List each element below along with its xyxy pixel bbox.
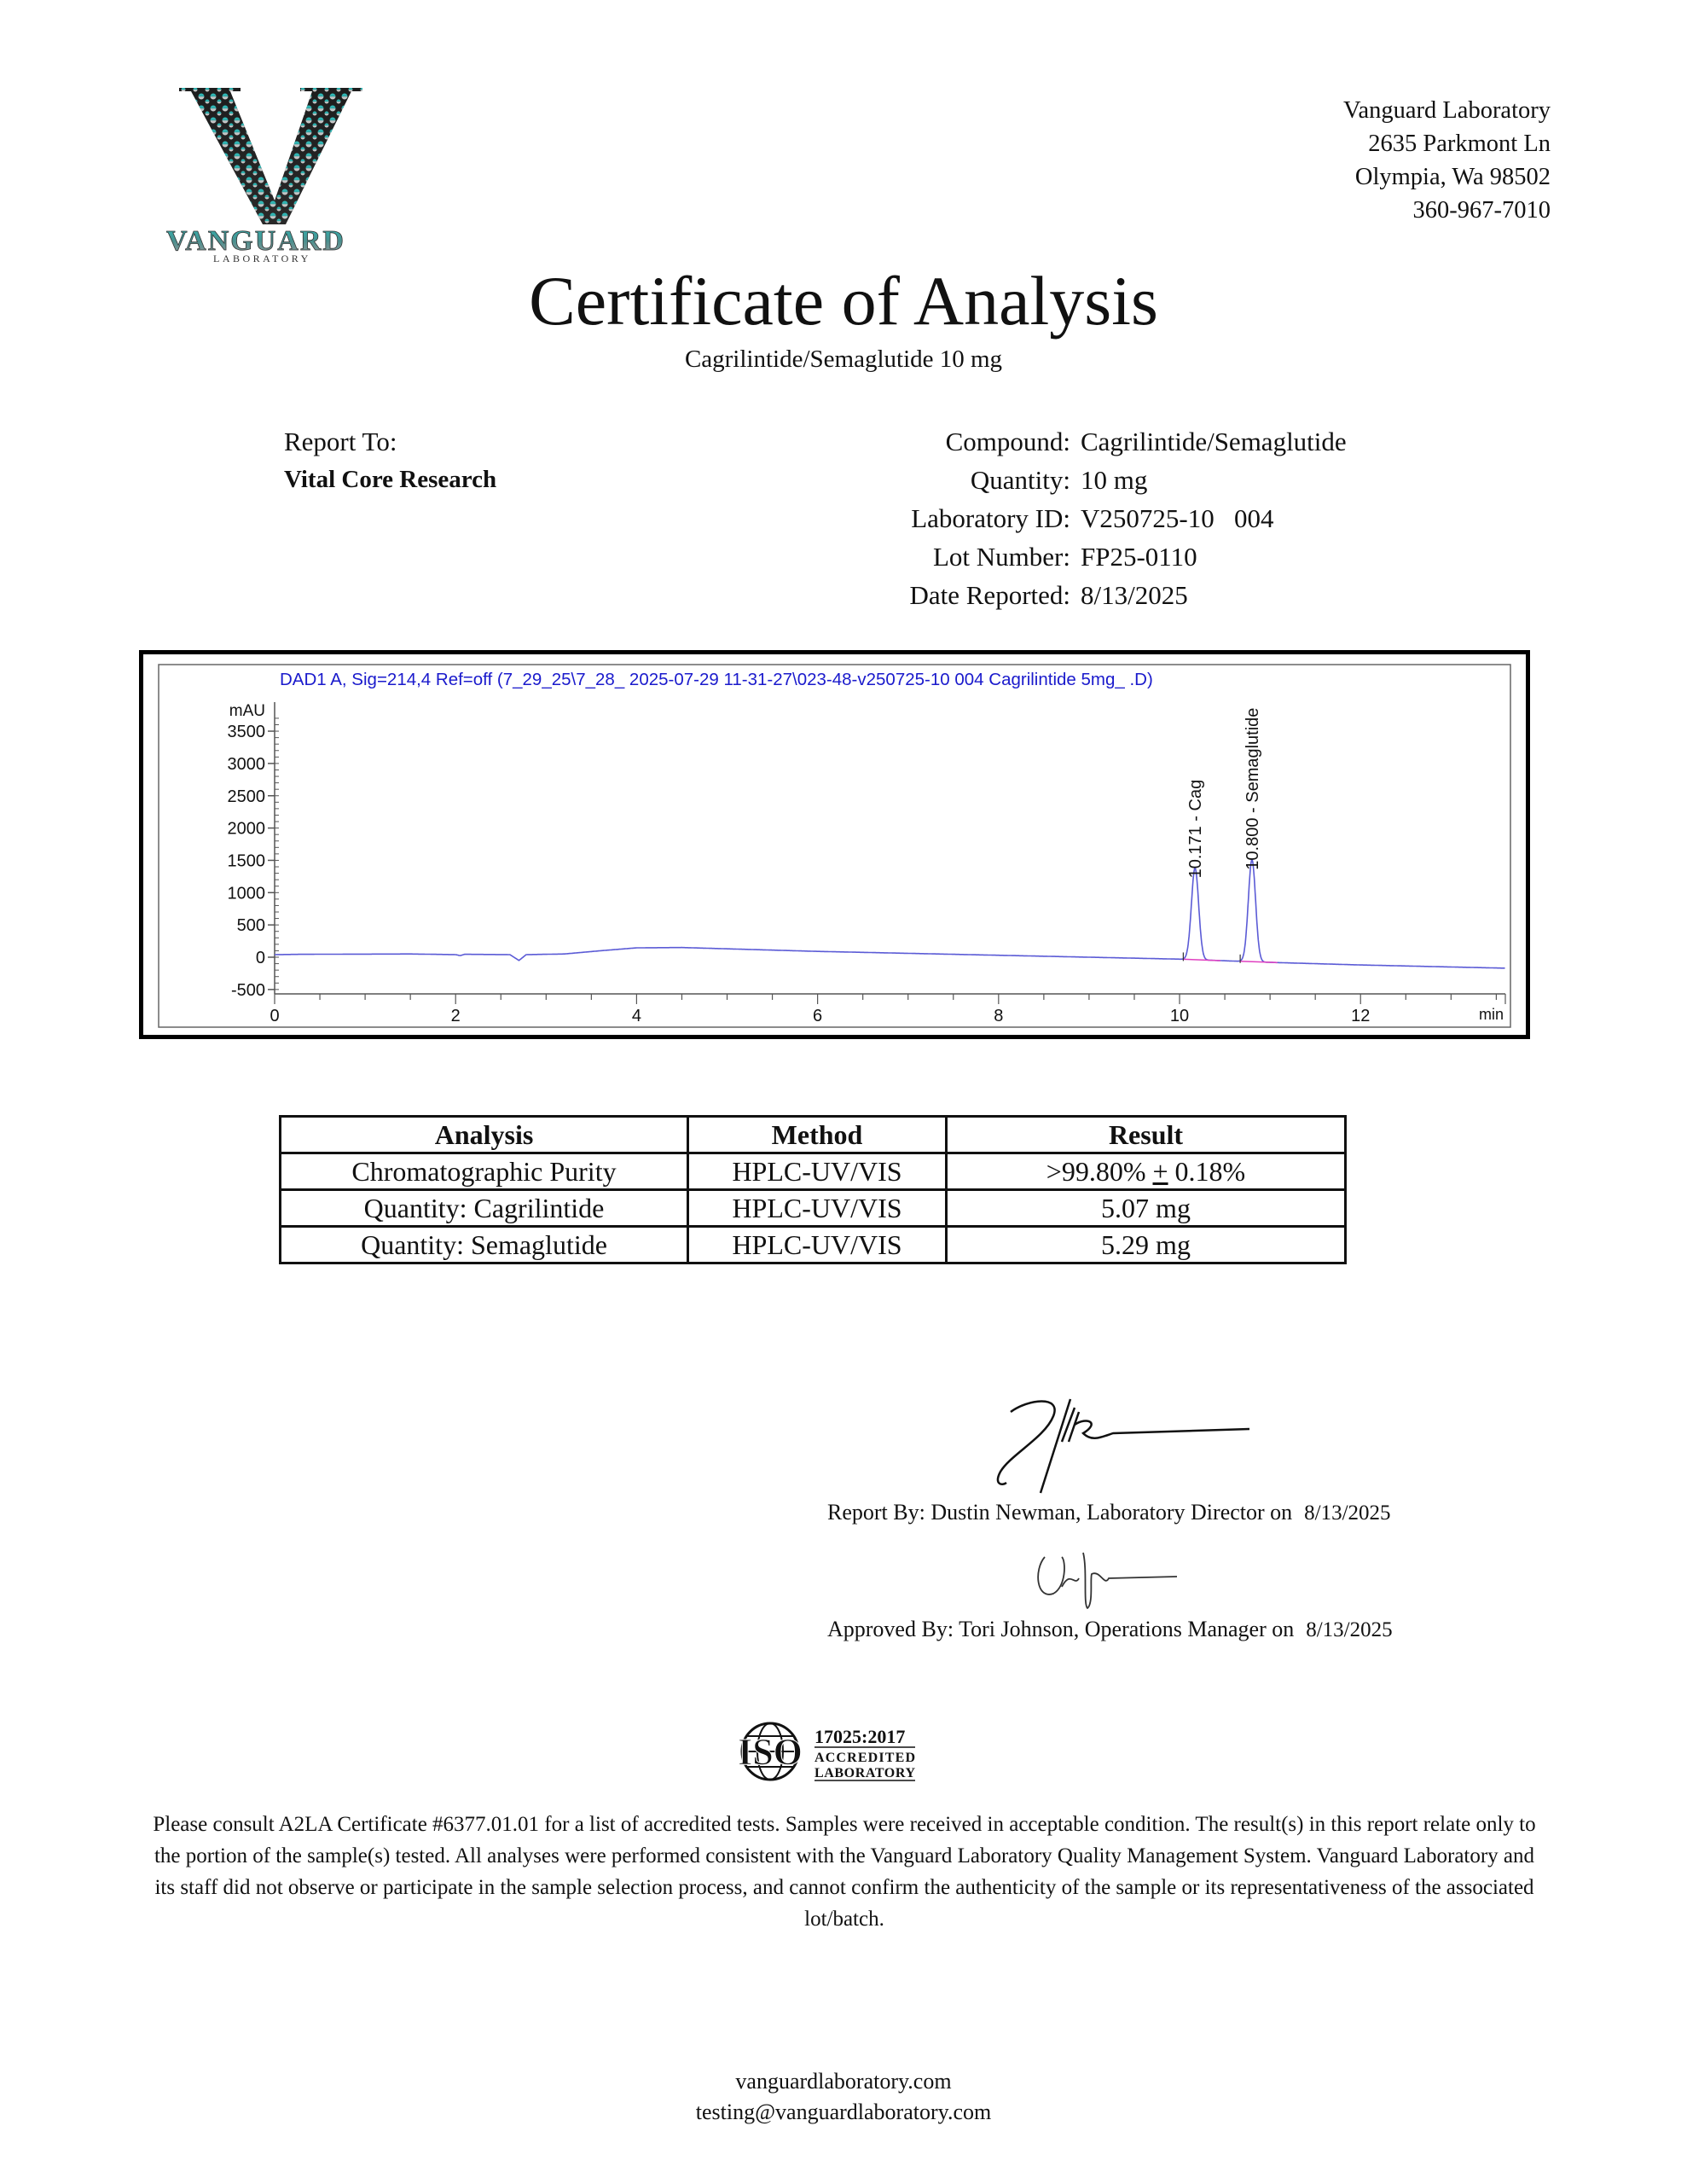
svg-text:4: 4 (632, 1007, 641, 1025)
svg-text:LABORATORY: LABORATORY (815, 1766, 915, 1780)
svg-text:8: 8 (994, 1007, 1003, 1025)
approved-by-date: 8/13/2025 (1306, 1618, 1392, 1642)
chromatogram-trace (275, 860, 1505, 968)
report-to: Report To: Vital Core Research (284, 422, 496, 499)
detail-lot-number: Lot Number:FP25-0110 (597, 537, 1347, 576)
page-subtitle: Cagrilintide/Semaglutide 10 mg (0, 346, 1687, 374)
disclaimer-text: Please consult A2LA Certificate #6377.01… (149, 1809, 1539, 1935)
peak-label: 10.800 - Semaglutide (1244, 708, 1262, 870)
lab-city: Olympia, Wa 98502 (1343, 160, 1551, 194)
svg-text:10: 10 (1170, 1007, 1189, 1025)
header-method: Method (688, 1117, 947, 1153)
svg-text:17025:2017: 17025:2017 (815, 1726, 905, 1747)
svg-text:0: 0 (270, 1007, 279, 1025)
manager-signature-icon (1032, 1544, 1220, 1612)
results-table: Analysis Method Result Chromatographic P… (279, 1115, 1347, 1264)
svg-text:3000: 3000 (228, 755, 266, 774)
detail-compound: Compound:Cagrilintide/Semaglutide (597, 422, 1347, 461)
table-header-row: Analysis Method Result (281, 1117, 1346, 1153)
svg-text:3500: 3500 (228, 723, 266, 741)
lab-name: Vanguard Laboratory (1343, 94, 1551, 127)
vanguard-v-logo-icon: VANGUARD LABORATORY (162, 81, 384, 264)
sample-details: Compound:Cagrilintide/Semaglutide Quanti… (597, 422, 1347, 614)
svg-text:0: 0 (256, 949, 265, 967)
lab-address: Vanguard Laboratory 2635 Parkmont Ln Oly… (1343, 94, 1551, 227)
email-link[interactable]: testing@vanguardlaboratory.com (0, 2097, 1687, 2128)
director-signature-icon (994, 1391, 1267, 1501)
website-link[interactable]: vanguardlaboratory.com (0, 2066, 1687, 2097)
svg-text:ACCREDITED: ACCREDITED (815, 1751, 915, 1765)
svg-text:1500: 1500 (228, 851, 266, 870)
detail-quantity: Quantity:10 mg (597, 461, 1347, 499)
client-name: Vital Core Research (284, 461, 496, 499)
peak-label: 10.171 - Cag (1186, 780, 1205, 879)
svg-text:2000: 2000 (228, 820, 266, 839)
footer: vanguardlaboratory.com testing@vanguardl… (0, 2066, 1687, 2128)
approved-by: Approved By: Tori Johnson, Operations Ma… (827, 1617, 1393, 1642)
chromatogram: DAD1 A, Sig=214,4 Ref=off (7_29_25\7_28_… (139, 650, 1530, 1039)
svg-text:min: min (1479, 1006, 1504, 1023)
lab-phone: 360-967-7010 (1343, 194, 1551, 227)
svg-text:6: 6 (813, 1007, 822, 1025)
report-by: Report By: Dustin Newman, Laboratory Dir… (827, 1500, 1391, 1525)
header-result: Result (947, 1117, 1346, 1153)
table-row: Chromatographic Purity HPLC-UV/VIS >99.8… (281, 1153, 1346, 1190)
lab-street: 2635 Parkmont Ln (1343, 127, 1551, 160)
svg-text:2: 2 (451, 1007, 461, 1025)
report-by-date: 8/13/2025 (1304, 1501, 1390, 1525)
table-row: Quantity: Semaglutide HPLC-UV/VIS 5.29 m… (281, 1227, 1346, 1263)
iso-accreditation-badge: ISO 17025:2017 ACCREDITED LABORATORY (723, 1717, 928, 1786)
chart-title: DAD1 A, Sig=214,4 Ref=off (7_29_25\7_28_… (280, 670, 1153, 689)
svg-text:500: 500 (237, 916, 265, 935)
svg-text:ISO: ISO (738, 1731, 803, 1773)
svg-text:-500: -500 (231, 981, 265, 1000)
page-title: Certificate of Analysis (0, 260, 1687, 342)
table-row: Quantity: Cagrilintide HPLC-UV/VIS 5.07 … (281, 1190, 1346, 1227)
svg-text:2500: 2500 (228, 787, 266, 806)
vanguard-logo: VANGUARD LABORATORY (162, 81, 384, 264)
svg-text:1000: 1000 (228, 884, 266, 903)
purity-result: >99.80% + 0.18% (947, 1153, 1346, 1190)
report-to-label: Report To: (284, 422, 496, 461)
chromatogram-plot: DAD1 A, Sig=214,4 Ref=off (7_29_25\7_28_… (143, 654, 1526, 1035)
detail-laboratory-id: Laboratory ID:V250725-10 004 (597, 499, 1347, 537)
svg-text:mAU: mAU (229, 702, 265, 720)
detail-date-reported: Date Reported:8/13/2025 (597, 576, 1347, 614)
svg-text:12: 12 (1351, 1007, 1370, 1025)
header-analysis: Analysis (281, 1117, 688, 1153)
